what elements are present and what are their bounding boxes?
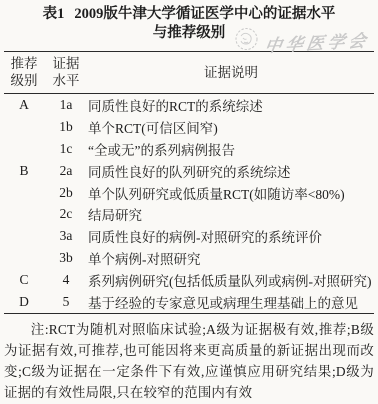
header-desc-column: 证据说明 (88, 55, 374, 89)
table-footnote: 注:RCT为随机对照临床试验;A级为证据极有效,推荐;B级为证据有效,可推荐,也… (4, 319, 374, 403)
table-title: 表12009版牛津大学循证医学中心的证据水平 与推荐级别 (0, 0, 378, 43)
table-row: C 4 系列病例研究(包括低质量队列或病例-对照研究) (4, 269, 374, 291)
grade-cell: D (4, 294, 44, 310)
level-cell: 3b (44, 250, 88, 266)
level-cell: 1c (44, 141, 88, 157)
desc-cell: 单个队列研究或低质量RCT(如随访率<80%) (88, 183, 374, 203)
table-title-line2: 与推荐级别 (0, 24, 378, 43)
table-row: 1b 单个RCT(可信区间窄) (4, 116, 374, 138)
table-number-label: 表1 (43, 6, 65, 22)
level-cell: 2c (44, 206, 88, 222)
desc-cell: 基于经验的专家意见或病理生理基础上的意见 (88, 292, 374, 312)
table-title-text: 2009版牛津大学循证医学中心的证据水平 (74, 6, 335, 22)
desc-cell: “全或无”的系列病例报告 (88, 139, 374, 159)
desc-cell: 单个RCT(可信区间窄) (88, 117, 374, 137)
table-header-row: 推荐 级别 证据 水平 证据说明 (4, 52, 374, 94)
table-row: B 2a 同质性良好的队列研究的系统综述 (4, 160, 374, 182)
table-row: D 5 基于经验的专家意见或病理生理基础上的意见 (4, 291, 374, 313)
table-row: 2b 单个队列研究或低质量RCT(如随访率<80%) (4, 182, 374, 204)
desc-cell: 同质性良好的病例-对照研究的系统评价 (88, 226, 374, 246)
grade-cell: B (4, 163, 44, 179)
header-grade-column: 推荐 级别 (4, 55, 44, 89)
desc-cell: 同质性良好的队列研究的系统综述 (88, 161, 374, 181)
desc-cell: 系列病例研究(包括低质量队列或病例-对照研究) (88, 270, 374, 290)
table-row: A 1a 同质性良好的RCT的系统综述 (4, 94, 374, 116)
table-body: A 1a 同质性良好的RCT的系统综述 1b 单个RCT(可信区间窄) 1c “… (4, 94, 374, 313)
level-cell: 1a (44, 97, 88, 113)
evidence-table: 推荐 级别 证据 水平 证据说明 A 1a 同质性良好的RCT的系统综述 1b … (4, 51, 374, 314)
grade-cell: A (4, 97, 44, 113)
level-cell: 1b (44, 119, 88, 135)
level-cell: 2b (44, 185, 88, 201)
desc-cell: 单个病例-对照研究 (88, 248, 374, 268)
level-cell: 3a (44, 228, 88, 244)
scanned-paper-table: 表12009版牛津大学循证医学中心的证据水平 与推荐级别 中华医学会 推荐 级别… (0, 0, 378, 404)
level-cell: 4 (44, 272, 88, 288)
table-row: 3a 同质性良好的病例-对照研究的系统评价 (4, 225, 374, 247)
level-cell: 5 (44, 294, 88, 310)
table-row: 3b 单个病例-对照研究 (4, 247, 374, 269)
table-row: 1c “全或无”的系列病例报告 (4, 138, 374, 160)
header-level-column: 证据 水平 (44, 55, 88, 89)
table-title-line1: 表12009版牛津大学循证医学中心的证据水平 (0, 5, 378, 24)
table-row: 2c 结局研究 (4, 203, 374, 225)
grade-cell: C (4, 272, 44, 288)
level-cell: 2a (44, 163, 88, 179)
desc-cell: 同质性良好的RCT的系统综述 (88, 95, 374, 115)
desc-cell: 结局研究 (88, 204, 374, 224)
